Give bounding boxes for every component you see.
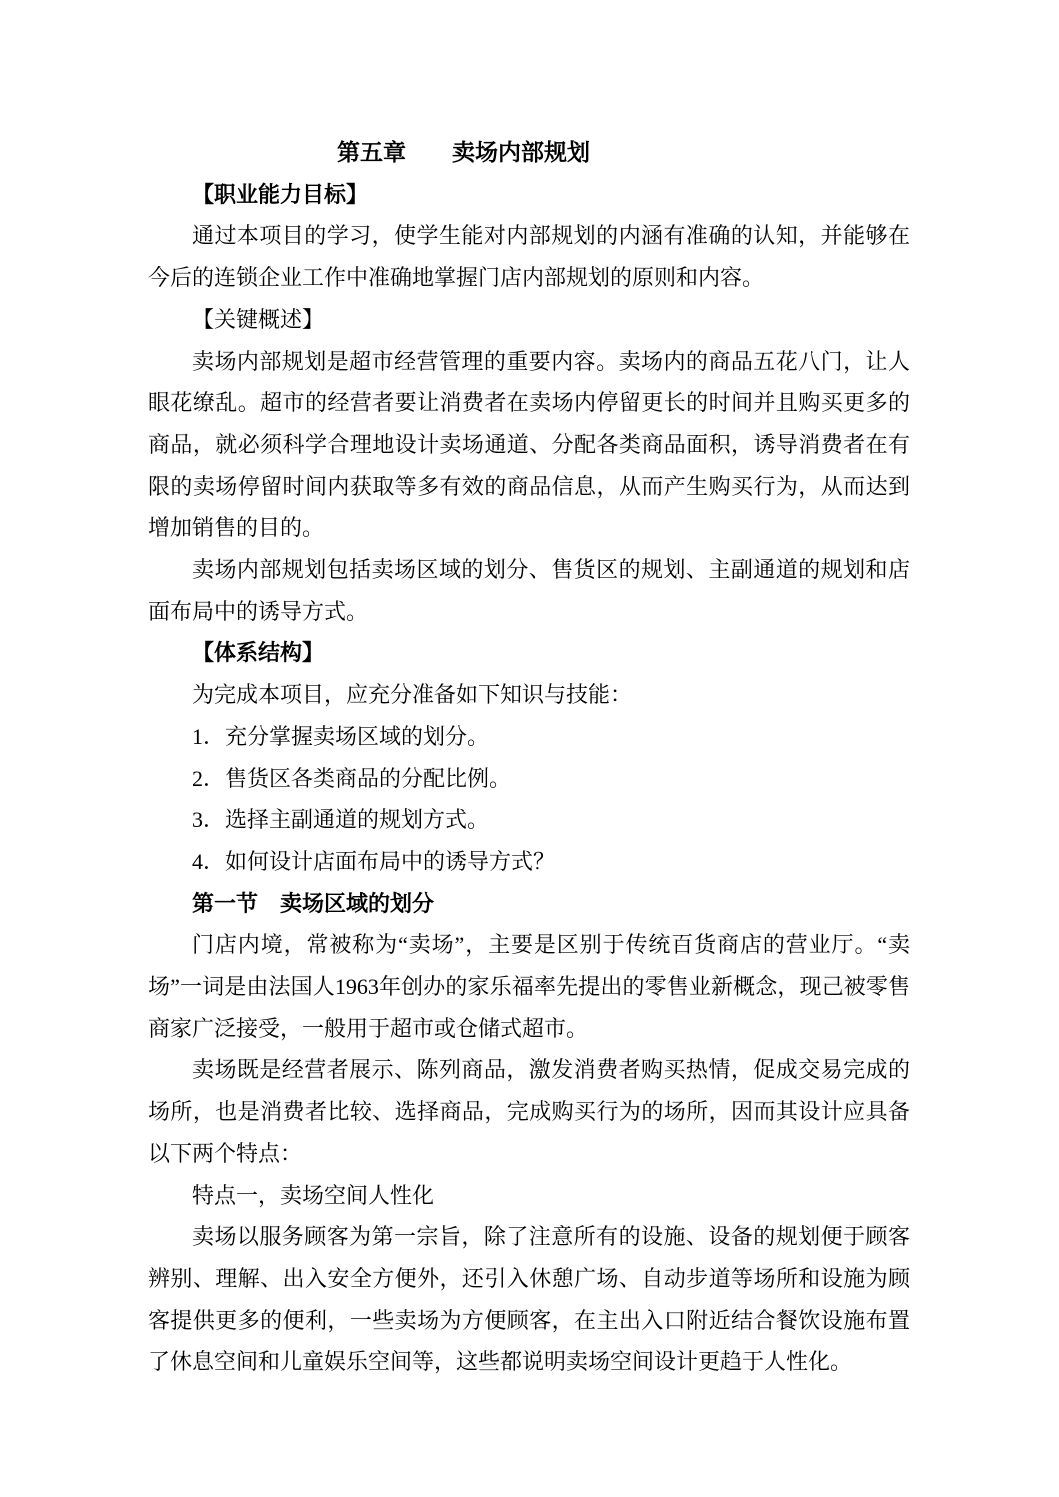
paragraph-feature1-title: 特点一，卖场空间人性化 xyxy=(148,1175,910,1217)
document-page: 第五章 卖场内部规划 【职业能力目标】 通过本项目的学习，使学生能对内部规划的内… xyxy=(0,0,1059,1497)
list-item-4: 4．如何设计店面布局中的诱导方式？ xyxy=(148,841,910,883)
list-item-3: 3．选择主副通道的规划方式。 xyxy=(148,799,910,841)
paragraph-structure-intro: 为完成本项目，应充分准备如下知识与技能： xyxy=(148,674,910,716)
heading-key-overview: 【关键概述】 xyxy=(148,299,910,341)
paragraph-feature1-body: 卖场以服务顾客为第一宗旨，除了注意所有的设施、设备的规划便于顾客辨别、理解、出入… xyxy=(148,1216,910,1383)
heading-system-structure: 【体系结构】 xyxy=(148,632,910,674)
list-item-2: 2．售货区各类商品的分配比例。 xyxy=(148,758,910,800)
list-item-1: 1．充分掌握卖场区域的划分。 xyxy=(148,716,910,758)
chapter-title: 第五章 卖场内部规划 xyxy=(148,132,910,174)
heading-section-1: 第一节 卖场区域的划分 xyxy=(148,883,910,925)
paragraph-career-goals-body: 通过本项目的学习，使学生能对内部规划的内涵有准确的认知，并能够在今后的连锁企业工… xyxy=(148,215,910,298)
paragraph-overview-2: 卖场内部规划包括卖场区域的划分、售货区的规划、主副通道的规划和店面布局中的诱导方… xyxy=(148,549,910,632)
heading-vocational-ability-goals: 【职业能力目标】 xyxy=(148,174,910,216)
paragraph-overview-1: 卖场内部规划是超市经营管理的重要内容。卖场内的商品五花八门，让人眼花缭乱。超市的… xyxy=(148,341,910,550)
paragraph-section1-definition: 门店内境，常被称为“卖场”，主要是区别于传统百货商店的营业厅。“卖场”一词是由法… xyxy=(148,924,910,1049)
paragraph-section1-function: 卖场既是经营者展示、陈列商品，激发消费者购买热情，促成交易完成的场所，也是消费者… xyxy=(148,1049,910,1174)
